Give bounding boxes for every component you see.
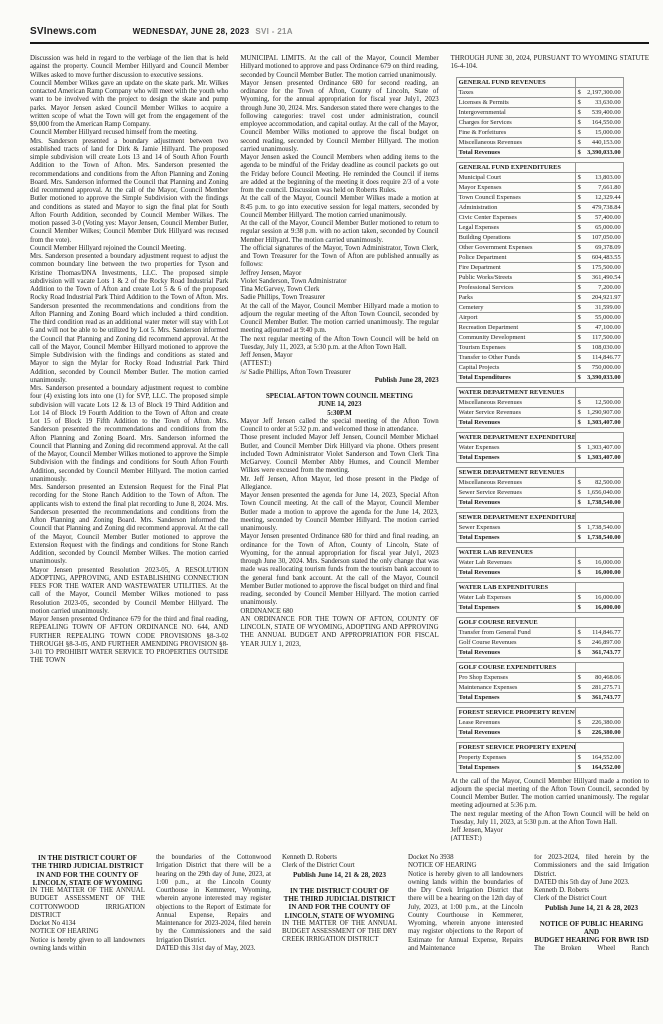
budget-line-label: Total Revenues [456, 567, 575, 577]
budget-section-header: GENERAL FUND EXPENDITURES [456, 162, 575, 172]
budget-line-label: Water Service Revenues [456, 407, 575, 417]
budget-line-label: Other Government Expenses [456, 242, 575, 252]
budget-line-label: Municipal Court [456, 172, 575, 182]
paragraph: Council Member Hillyard recused himself … [30, 129, 228, 137]
text-line: ORDINANCE 680 [240, 608, 438, 616]
budget-section-header-spacer [575, 162, 623, 172]
budget-line-label: Cemetery [456, 302, 575, 312]
budget-row: Legal Expenses$65,000.00 [456, 222, 623, 232]
budget-table-section: WATER DEPARTMENT REVENUESMiscellaneous R… [456, 387, 624, 428]
column-1: Discussion was held in regard to the ver… [30, 55, 228, 841]
budget-row: Civic Center Expenses$57,400.00 [456, 212, 623, 222]
budget-section-header: WATER DEPARTMENT REVENUES [456, 387, 575, 397]
budget-line-label: Fine & Forfeitures [456, 127, 575, 137]
budget-row: Parks$204,921.97 [456, 292, 623, 302]
budget-row: Town Council Expenses$12,329.44 [456, 192, 623, 202]
budget-table-section: GENERAL FUND REVENUESTaxes$2,197,300.00L… [456, 77, 624, 158]
budget-row: Municipal Court$13,803.00 [456, 172, 623, 182]
budget-section-header-spacer [575, 77, 623, 87]
spacer [282, 879, 397, 887]
budget-line-amount: $1,303,407.00 [575, 442, 623, 452]
paragraph: Mayor Jensen presented Resolution 2023-0… [30, 567, 228, 617]
budget-line-amount: $175,500.00 [575, 262, 623, 272]
heading: Publish June 14, 21 & 28, 2023 [282, 871, 397, 879]
text-line: (ATTEST:) [240, 360, 438, 368]
budget-row: Water Lab Revenues$16,000.00 [456, 557, 623, 567]
budget-row: Miscellaneous Revenues$12,500.00 [456, 397, 623, 407]
budget-line-label: Transfer to Other Funds [456, 352, 575, 362]
budget-row: Lease Revenues$226,380.00 [456, 717, 623, 727]
text-line: Clerk of the District Court [534, 895, 649, 903]
paragraph: At the call of the Mayor, Council Member… [240, 195, 438, 220]
budget-line-amount: $80,468.06 [575, 672, 623, 682]
budget-table-section: GOLF COURSE REVENUETransfer from General… [456, 617, 624, 658]
bottom-column-1: IN THE DISTRICT COURT OF THE THIRD JUDIC… [30, 854, 145, 1022]
budget-row: Cemetery$31,599.00 [456, 302, 623, 312]
budget-line-label: Water Lab Expenses [456, 592, 575, 602]
budget-table-section: WATER LAB EXPENDITURESWater Lab Expenses… [456, 582, 624, 613]
budget-section-header-spacer [575, 707, 623, 717]
paragraph: At the call of the Mayor, Council Member… [451, 778, 649, 811]
heading: NOTICE OF PUBLIC HEARING AND [534, 920, 649, 937]
budget-line-amount: $69,378.09 [575, 242, 623, 252]
spacer [240, 385, 438, 393]
paragraph: Mrs. Sanderson presented a boundary adju… [30, 138, 228, 245]
heading: Publish June 14, 21 & 28, 2023 [534, 904, 649, 912]
bottom-column-2: the boundaries of the Cottonwood Irrigat… [156, 854, 271, 1022]
budget-section-header: WATER LAB REVENUES [456, 547, 575, 557]
budget-line-amount: $226,380.00 [575, 727, 623, 737]
budget-row: Community Development$117,500.00 [456, 332, 623, 342]
budget-line-amount: $1,303,407.00 [575, 452, 623, 462]
budget-section-header: GENERAL FUND REVENUES [456, 77, 575, 87]
paragraph: Mrs. Sanderson presented a boundary adju… [30, 385, 228, 484]
budget-line-amount: $3,390,033.00 [575, 147, 623, 157]
text-line: Docket No 3938 [408, 854, 523, 862]
budget-line-label: Parks [456, 292, 575, 302]
budget-line-label: Total Revenues [456, 417, 575, 427]
legal-notices-top-section: Discussion was held in regard to the ver… [30, 55, 649, 841]
budget-row: Administration$479,738.84 [456, 202, 623, 212]
paragraph: Mayor Jensen presented Ordinance 680 for… [240, 80, 438, 154]
budget-section-header: WATER DEPARTMENT EXPENDITURES [456, 432, 575, 442]
budget-section-header-spacer [575, 582, 623, 592]
budget-line-amount: $361,743.77 [575, 692, 623, 702]
budget-table-section: FOREST SERVICE PROPERTY EXPENDITURESProp… [456, 742, 624, 773]
heading: SPECIAL AFTON TOWN COUNCIL MEETING [240, 393, 438, 401]
paragraph: Those present included Mayor Jeff Jensen… [240, 434, 438, 475]
page-number: SVI - 21A [255, 27, 292, 36]
heading: IN THE DISTRICT COURT OF THE THIRD JUDIC… [282, 887, 397, 904]
budget-line-amount: $1,303,407.00 [575, 417, 623, 427]
budget-line-amount: $7,200.00 [575, 282, 623, 292]
paragraph: Notice is hereby given to all landowners… [408, 871, 523, 954]
budget-line-label: Intergovernmental [456, 107, 575, 117]
budget-line-amount: $750,000.00 [575, 362, 623, 372]
budget-line-label: Administration [456, 202, 575, 212]
budget-line-label: Total Expenses [456, 532, 575, 542]
paragraph: Mrs. Sanderson presented a boundary adju… [30, 253, 228, 385]
budget-line-amount: $16,000.00 [575, 592, 623, 602]
issue-date: WEDNESDAY, JUNE 28, 2023 [133, 27, 250, 36]
heading: JUNE 14, 2023 [240, 401, 438, 409]
budget-line-label: Total Expenditures [456, 372, 575, 382]
paragraph: At the call of the Mayor, Council Member… [240, 303, 438, 336]
budget-line-label: Maintenance Expenses [456, 682, 575, 692]
paragraph: The Broken Wheel Ranch [534, 945, 649, 953]
budget-line-label: Golf Course Revenues [456, 637, 575, 647]
paragraph: Notice is hereby given to all landowners… [30, 937, 145, 954]
budget-row: Miscellaneous Revenues$440,153.00 [456, 137, 623, 147]
budget-row: Water Lab Expenses$16,000.00 [456, 592, 623, 602]
masthead: SVInews.com WEDNESDAY, JUNE 28, 2023 SVI… [30, 26, 649, 44]
budget-row: Total Revenues$1,303,407.00 [456, 417, 623, 427]
budget-row: Total Expenses$1,303,407.00 [456, 452, 623, 462]
budget-section-header-spacer [575, 662, 623, 672]
budget-line-amount: $16,000.00 [575, 567, 623, 577]
budget-line-label: Professional Services [456, 282, 575, 292]
budget-line-label: Community Development [456, 332, 575, 342]
budget-row: Fine & Forfeitures$15,000.00 [456, 127, 623, 137]
budget-row: Capital Projects$750,000.00 [456, 362, 623, 372]
budget-row: Sewer Service Revenues$1,656,040.00 [456, 487, 623, 497]
budget-line-label: Lease Revenues [456, 717, 575, 727]
heading: IN AND FOR THE COUNTY OF LINCOLN, STATE … [282, 903, 397, 920]
paragraph: Mayor Jeff Jensen called the special mee… [240, 418, 438, 435]
budget-line-amount: $16,000.00 [575, 602, 623, 612]
budget-row: Maintenance Expenses$281,275.71 [456, 682, 623, 692]
text-line: Kenneth D. Roberts [534, 887, 649, 895]
budget-row: Total Expenditures$3,390,033.00 [456, 372, 623, 382]
text-line: Jeff Jensen, Mayor [240, 352, 438, 360]
text-line: Violet Sanderson, Town Administrator [240, 278, 438, 286]
budget-line-amount: $65,000.00 [575, 222, 623, 232]
paragraph: Mayor Jensen presented Ordinance 680 for… [240, 533, 438, 607]
budget-section-header: GOLF COURSE REVENUE [456, 617, 575, 627]
heading: BUDGET HEARING FOR BWR ISD [534, 936, 649, 944]
heading: 5:30P.M [240, 410, 438, 418]
paragraph: Discussion was held in regard to the ver… [30, 55, 228, 80]
budget-line-label: Total Revenues [456, 647, 575, 657]
budget-row: Total Revenues$1,738,540.00 [456, 497, 623, 507]
column-3: THROUGH JUNE 30, 2024, PURSUANT TO WYOMI… [451, 55, 649, 841]
budget-section-header-spacer [575, 387, 623, 397]
paragraph: Mayor Jensen asked the Council Members w… [240, 154, 438, 195]
budget-line-label: Total Revenues [456, 727, 575, 737]
budget-row: Licenses & Permits$33,630.00 [456, 97, 623, 107]
budget-row: Water Expenses$1,303,407.00 [456, 442, 623, 452]
text-line: Docket No 4134 [30, 920, 145, 928]
budget-line-label: Property Expenses [456, 752, 575, 762]
text-line: NOTICE OF HEARING [30, 928, 145, 936]
budget-row: Professional Services$7,200.00 [456, 282, 623, 292]
text-line: /s/ Sadie Phillips, Afton Town Treasurer [240, 369, 438, 377]
text-line: Jeff Jensen, Mayor [451, 827, 649, 835]
budget-line-amount: $1,656,040.00 [575, 487, 623, 497]
heading: IN THE DISTRICT COURT OF THE THIRD JUDIC… [30, 854, 145, 871]
paragraph: Council Member Hillyard rejoined the Cou… [30, 245, 228, 253]
budget-line-amount: $204,921.97 [575, 292, 623, 302]
budget-line-label: Pro Shop Expenses [456, 672, 575, 682]
paragraph: The official signatures of the Mayor, To… [240, 245, 438, 270]
text-line: (ATTEST:) [451, 835, 649, 841]
budget-line-label: Charges for Services [456, 117, 575, 127]
newspaper-page: SVInews.com WEDNESDAY, JUNE 28, 2023 SVI… [0, 0, 663, 1022]
budget-row: Taxes$2,197,300.00 [456, 87, 623, 97]
budget-section-header-spacer [575, 547, 623, 557]
budget-table-section: FOREST SERVICE PROPERTY REVENUESLease Re… [456, 707, 624, 738]
budget-row: Total Revenues$226,380.00 [456, 727, 623, 737]
budget-line-amount: $114,846.77 [575, 352, 623, 362]
budget-line-amount: $13,803.00 [575, 172, 623, 182]
budget-row: Total Revenues$3,390,033.00 [456, 147, 623, 157]
budget-section-header: GOLF COURSE EXPENDITURES [456, 662, 575, 672]
paragraph: Mr. Jeff Jensen, Afton Mayor, led those … [240, 476, 438, 493]
budget-row: Total Expenses$164,552.00 [456, 762, 623, 772]
budget-row: Charges for Services$164,550.00 [456, 117, 623, 127]
budget-line-amount: $57,400.00 [575, 212, 623, 222]
budget-table: GENERAL FUND REVENUESTaxes$2,197,300.00L… [456, 77, 624, 773]
budget-line-amount: $15,000.00 [575, 127, 623, 137]
legal-notices-bottom-section: IN THE DISTRICT COURT OF THE THIRD JUDIC… [30, 854, 649, 1022]
paragraph: THROUGH JUNE 30, 2024, PURSUANT TO WYOMI… [451, 55, 649, 72]
budget-row: Total Expenses$1,738,540.00 [456, 532, 623, 542]
paragraph: for 2023-2024, filed herein by the Commi… [534, 854, 649, 879]
budget-line-label: Total Expenses [456, 602, 575, 612]
budget-row: Total Expenses$16,000.00 [456, 602, 623, 612]
budget-table-section: SEWER DEPARTMENT REVENUESMiscellaneous R… [456, 467, 624, 508]
budget-section-header: SEWER DEPARTMENT REVENUES [456, 467, 575, 477]
budget-line-label: Water Lab Revenues [456, 557, 575, 567]
budget-row: Airport$55,000.00 [456, 312, 623, 322]
text-line: Sadie Phillips, Town Treasurer [240, 294, 438, 302]
budget-line-label: Tourism Expenses [456, 342, 575, 352]
budget-line-amount: $114,846.77 [575, 627, 623, 637]
budget-section-header-spacer [575, 432, 623, 442]
budget-section-header-spacer [575, 512, 623, 522]
paragraph: IN THE MATTER OF THE ANNUAL BUDGET ASSES… [30, 887, 145, 920]
budget-line-amount: $361,490.54 [575, 272, 623, 282]
budget-line-amount: $47,100.00 [575, 322, 623, 332]
budget-section-header: FOREST SERVICE PROPERTY REVENUES [456, 707, 575, 717]
text-line: Jeffrey Jensen, Mayor [240, 270, 438, 278]
budget-row: Golf Course Revenues$246,897.00 [456, 637, 623, 647]
budget-line-label: Public Works/Streets [456, 272, 575, 282]
budget-table-section: SEWER DEPARTMENT EXPENDITURESSewer Expen… [456, 512, 624, 543]
site-name: SVInews.com [30, 26, 97, 37]
column-2: MUNICIPAL LIMITS. At the call of the May… [240, 55, 438, 841]
budget-row: Total Revenues$361,743.77 [456, 647, 623, 657]
paragraph: The next regular meeting of the Afton To… [451, 811, 649, 828]
budget-line-label: Total Expenses [456, 452, 575, 462]
budget-line-amount: $1,738,540.00 [575, 497, 623, 507]
bottom-column-5: for 2023-2024, filed herein by the Commi… [534, 854, 649, 1022]
budget-line-amount: $16,000.00 [575, 557, 623, 567]
budget-line-label: Sewer Expenses [456, 522, 575, 532]
budget-line-amount: $1,290,907.00 [575, 407, 623, 417]
budget-line-label: Water Expenses [456, 442, 575, 452]
paragraph: Mrs. Sanderson presented an Extension Re… [30, 484, 228, 567]
budget-row: Tourism Expenses$108,030.00 [456, 342, 623, 352]
budget-row: Other Government Expenses$69,378.09 [456, 242, 623, 252]
budget-row: Water Service Revenues$1,290,907.00 [456, 407, 623, 417]
budget-line-label: Licenses & Permits [456, 97, 575, 107]
budget-row: Miscellaneous Revenues$82,500.00 [456, 477, 623, 487]
budget-line-label: Building Operations [456, 232, 575, 242]
paragraph: Council Member Wilkes gave an update on … [30, 80, 228, 130]
budget-line-amount: $108,030.00 [575, 342, 623, 352]
budget-row: Recreation Department$47,100.00 [456, 322, 623, 332]
text-line: Clerk of the District Court [282, 862, 397, 870]
budget-line-label: Transfer from General Fund [456, 627, 575, 637]
spacer [534, 912, 649, 920]
budget-row: Mayor Expenses$7,661.80 [456, 182, 623, 192]
budget-line-amount: $12,329.44 [575, 192, 623, 202]
bottom-column-4: Docket No 3938NOTICE OF HEARINGNotice is… [408, 854, 523, 1022]
paragraph: MUNICIPAL LIMITS. At the call of the May… [240, 55, 438, 80]
paragraph: the boundaries of the Cottonwood Irrigat… [156, 854, 271, 945]
budget-line-label: Total Revenues [456, 147, 575, 157]
budget-section-header: WATER LAB EXPENDITURES [456, 582, 575, 592]
budget-line-label: Taxes [456, 87, 575, 97]
budget-row: Transfer to Other Funds$114,846.77 [456, 352, 623, 362]
text-line: DATED this 31st day of May, 2023. [156, 945, 271, 953]
text-line: NOTICE OF HEARING [408, 862, 523, 870]
text-line: DATED this 5th day of June 2023. [534, 879, 649, 887]
budget-line-amount: $7,661.80 [575, 182, 623, 192]
text-line: Tina McGarvey, Town Clerk [240, 286, 438, 294]
bottom-column-3: Kenneth D. RobertsClerk of the District … [282, 854, 397, 1022]
budget-line-amount: $440,153.00 [575, 137, 623, 147]
budget-section-header-spacer [575, 467, 623, 477]
paragraph: Mayor Jensen presented the agenda for Ju… [240, 492, 438, 533]
budget-line-amount: $117,500.00 [575, 332, 623, 342]
budget-line-label: Total Expenses [456, 762, 575, 772]
paragraph: At the call of the Mayor, Council Member… [240, 220, 438, 245]
budget-row: Transfer from General Fund$114,846.77 [456, 627, 623, 637]
budget-line-amount: $539,400.00 [575, 107, 623, 117]
budget-line-amount: $1,738,540.00 [575, 522, 623, 532]
budget-table-section: WATER LAB REVENUESWater Lab Revenues$16,… [456, 547, 624, 578]
budget-row: Fire Department$175,500.00 [456, 262, 623, 272]
budget-row: Sewer Expenses$1,738,540.00 [456, 522, 623, 532]
paragraph: AN ORDINANCE FOR THE TOWN OF AFTON, COUN… [240, 616, 438, 649]
budget-section-header-spacer [575, 742, 623, 752]
budget-section-header: SEWER DEPARTMENT EXPENDITURES [456, 512, 575, 522]
budget-line-label: Fire Department [456, 262, 575, 272]
budget-line-amount: $281,275.71 [575, 682, 623, 692]
paragraph: Mayor Jensen presented Ordinance 679 for… [30, 616, 228, 666]
budget-row: Intergovernmental$539,400.00 [456, 107, 623, 117]
budget-line-amount: $479,738.84 [575, 202, 623, 212]
budget-line-amount: $3,390,033.00 [575, 372, 623, 382]
budget-line-amount: $226,380.00 [575, 717, 623, 727]
budget-line-amount: $604,483.55 [575, 252, 623, 262]
budget-line-label: Miscellaneous Revenues [456, 477, 575, 487]
budget-line-label: Mayor Expenses [456, 182, 575, 192]
budget-section-header: FOREST SERVICE PROPERTY EXPENDITURES [456, 742, 575, 752]
budget-line-label: Miscellaneous Revenues [456, 137, 575, 147]
budget-line-amount: $2,197,300.00 [575, 87, 623, 97]
budget-line-label: Airport [456, 312, 575, 322]
budget-line-amount: $107,050.00 [575, 232, 623, 242]
budget-row: Police Department$604,483.55 [456, 252, 623, 262]
budget-line-amount: $31,599.00 [575, 302, 623, 312]
budget-line-amount: $55,000.00 [575, 312, 623, 322]
budget-line-label: Total Expenses [456, 692, 575, 702]
budget-line-label: Recreation Department [456, 322, 575, 332]
budget-row: Pro Shop Expenses$80,468.06 [456, 672, 623, 682]
budget-line-amount: $246,897.00 [575, 637, 623, 647]
budget-line-label: Police Department [456, 252, 575, 262]
budget-row: Property Expenses$164,552.00 [456, 752, 623, 762]
budget-row: Total Expenses$361,743.77 [456, 692, 623, 702]
budget-line-label: Town Council Expenses [456, 192, 575, 202]
budget-line-amount: $1,738,540.00 [575, 532, 623, 542]
budget-row: Total Revenues$16,000.00 [456, 567, 623, 577]
budget-line-amount: $12,500.00 [575, 397, 623, 407]
budget-section-header-spacer [575, 617, 623, 627]
budget-line-label: Civic Center Expenses [456, 212, 575, 222]
paragraph: IN THE MATTER OF THE ANNUAL BUDGET ASSES… [282, 920, 397, 945]
text-line: Kenneth D. Roberts [282, 854, 397, 862]
budget-row: Building Operations$107,050.00 [456, 232, 623, 242]
budget-row: Public Works/Streets$361,490.54 [456, 272, 623, 282]
budget-line-amount: $164,552.00 [575, 762, 623, 772]
paragraph: The next regular meeting of the Afton To… [240, 336, 438, 353]
budget-line-amount: $82,500.00 [575, 477, 623, 487]
budget-table-section: GOLF COURSE EXPENDITURESPro Shop Expense… [456, 662, 624, 703]
budget-line-amount: $361,743.77 [575, 647, 623, 657]
publish-line: Publish June 28, 2023 [240, 377, 438, 385]
budget-line-amount: $164,550.00 [575, 117, 623, 127]
budget-table-section: GENERAL FUND EXPENDITURESMunicipal Court… [456, 162, 624, 383]
budget-line-label: Legal Expenses [456, 222, 575, 232]
budget-line-label: Miscellaneous Revenues [456, 397, 575, 407]
budget-line-amount: $164,552.00 [575, 752, 623, 762]
budget-line-label: Total Revenues [456, 497, 575, 507]
budget-line-label: Capital Projects [456, 362, 575, 372]
budget-line-label: Sewer Service Revenues [456, 487, 575, 497]
budget-line-amount: $33,630.00 [575, 97, 623, 107]
budget-table-section: WATER DEPARTMENT EXPENDITURESWater Expen… [456, 432, 624, 463]
heading: IN AND FOR THE COUNTY OF LINCOLN, STATE … [30, 871, 145, 888]
